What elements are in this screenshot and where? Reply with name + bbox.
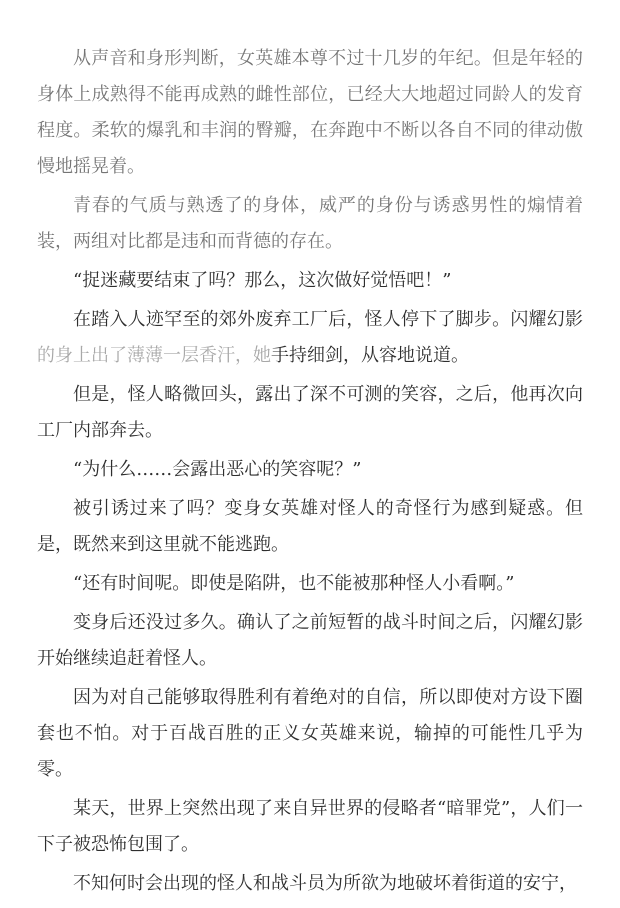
- text-segment: “捉迷藏要结束了吗？那么，这次做好觉悟吧！”: [73, 270, 451, 291]
- text-segment: 不知何时会出现的怪人和战斗员为所欲为地破坏着街道的安宁，: [73, 873, 577, 894]
- paragraph: “捉迷藏要结束了吗？那么，这次做好觉悟吧！”: [37, 263, 583, 299]
- text-segment: 从声音和身形判断，女英雄本尊不过十几岁的年纪。但是年轻的身体上成熟得不能再成熟的…: [37, 48, 583, 177]
- text-segment: 的身上出了薄薄一层香汗，她: [37, 345, 271, 366]
- text-segment: 青春的气质与熟透了的身体，威严的身份与诱惑男性的煽情着装，两组对比都是违和而背德…: [37, 195, 583, 252]
- text-segment: 被引诱过来了吗？变身女英雄对怪人的奇怪行为感到疑惑。但是，既然来到这里就不能逃跑…: [37, 498, 583, 555]
- text-segment: 变身后还没过多久。确认了之前短暂的战斗时间之后，闪耀幻影开始继续追赶着怪人。: [37, 612, 583, 669]
- text-segment: “为什么……会露出恶心的笑容呢？”: [73, 459, 361, 480]
- paragraph: 被引诱过来了吗？变身女英雄对怪人的奇怪行为感到疑惑。但是，既然来到这里就不能逃跑…: [37, 491, 583, 563]
- paragraph: 在踏入人迹罕至的郊外废弃工厂后，怪人停下了脚步。闪耀幻影的身上出了薄薄一层香汗，…: [37, 302, 583, 374]
- text-body: 从声音和身形判断，女英雄本尊不过十几岁的年纪。但是年轻的身体上成熟得不能再成熟的…: [0, 0, 620, 902]
- text-segment: “还有时间呢。即使是陷阱，也不能被那种怪人小看啊。”: [73, 573, 514, 594]
- text-segment: 手持细剑，从容地说道。: [271, 345, 469, 366]
- paragraph: “为什么……会露出恶心的笑容呢？”: [37, 452, 583, 488]
- paragraph: 某天，世界上突然出现了来自异世界的侵略者“暗罪党”，人们一下子被恐怖包围了。: [37, 791, 583, 863]
- text-segment: 但是，怪人略微回头，露出了深不可测的笑容，之后，他再次向工厂内部奔去。: [37, 384, 583, 441]
- text-segment: 因为对自己能够取得胜利有着绝对的自信，所以即使对方设下圈套也不怕。对于百战百胜的…: [37, 687, 583, 780]
- paragraph: 因为对自己能够取得胜利有着绝对的自信，所以即使对方设下圈套也不怕。对于百战百胜的…: [37, 680, 583, 788]
- text-segment: 在踏入人迹罕至的郊外废弃工厂后，怪人停下了脚步。闪耀幻影: [73, 309, 583, 330]
- paragraph: 青春的气质与熟透了的身体，威严的身份与诱惑男性的煽情着装，两组对比都是违和而背德…: [37, 188, 583, 260]
- document-page: 从声音和身形判断，女英雄本尊不过十几岁的年纪。但是年轻的身体上成熟得不能再成熟的…: [0, 0, 620, 908]
- paragraph: 不知何时会出现的怪人和战斗员为所欲为地破坏着街道的安宁，: [37, 866, 583, 902]
- paragraph: “还有时间呢。即使是陷阱，也不能被那种怪人小看啊。”: [37, 566, 583, 602]
- text-segment: 某天，世界上突然出现了来自异世界的侵略者“暗罪党”，人们一下子被恐怖包围了。: [37, 798, 583, 855]
- paragraph: 从声音和身形判断，女英雄本尊不过十几岁的年纪。但是年轻的身体上成熟得不能再成熟的…: [37, 41, 583, 185]
- paragraph: 但是，怪人略微回头，露出了深不可测的笑容，之后，他再次向工厂内部奔去。: [37, 377, 583, 449]
- paragraph: 变身后还没过多久。确认了之前短暂的战斗时间之后，闪耀幻影开始继续追赶着怪人。: [37, 605, 583, 677]
